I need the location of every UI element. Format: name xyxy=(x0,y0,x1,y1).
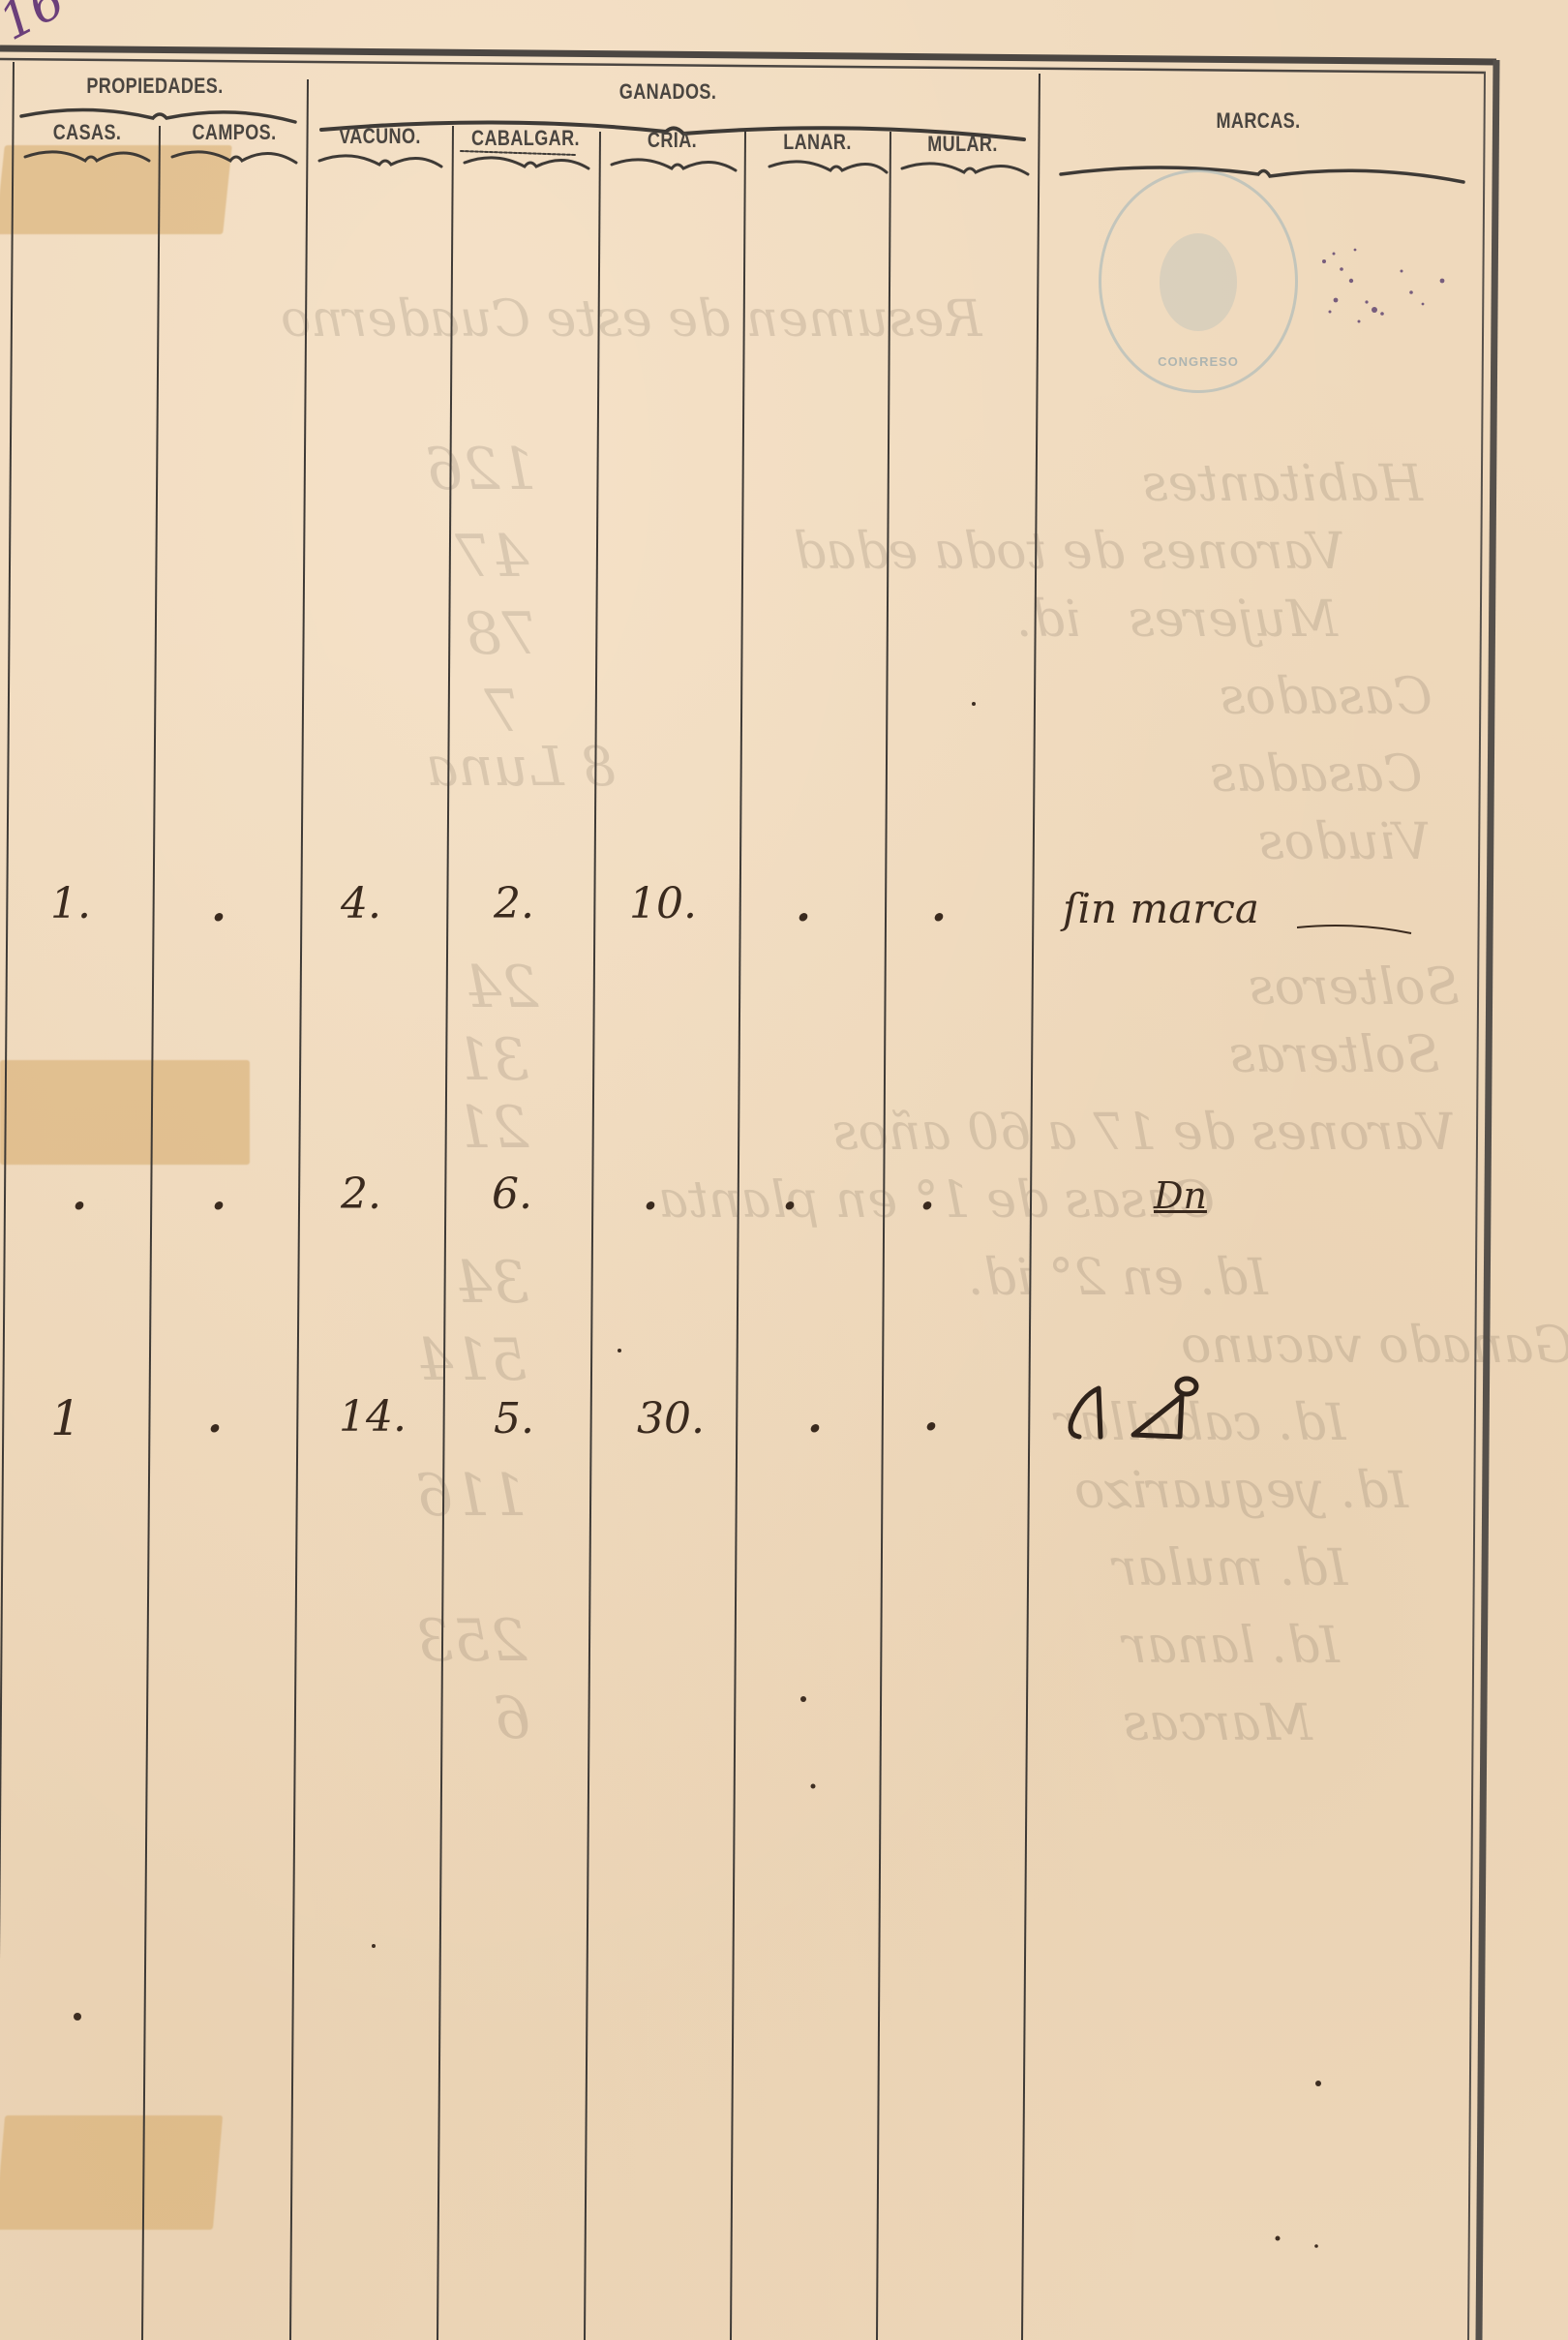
paper-specks xyxy=(0,0,1568,2340)
census-ledger-page: 16 xyxy=(0,0,1568,2340)
